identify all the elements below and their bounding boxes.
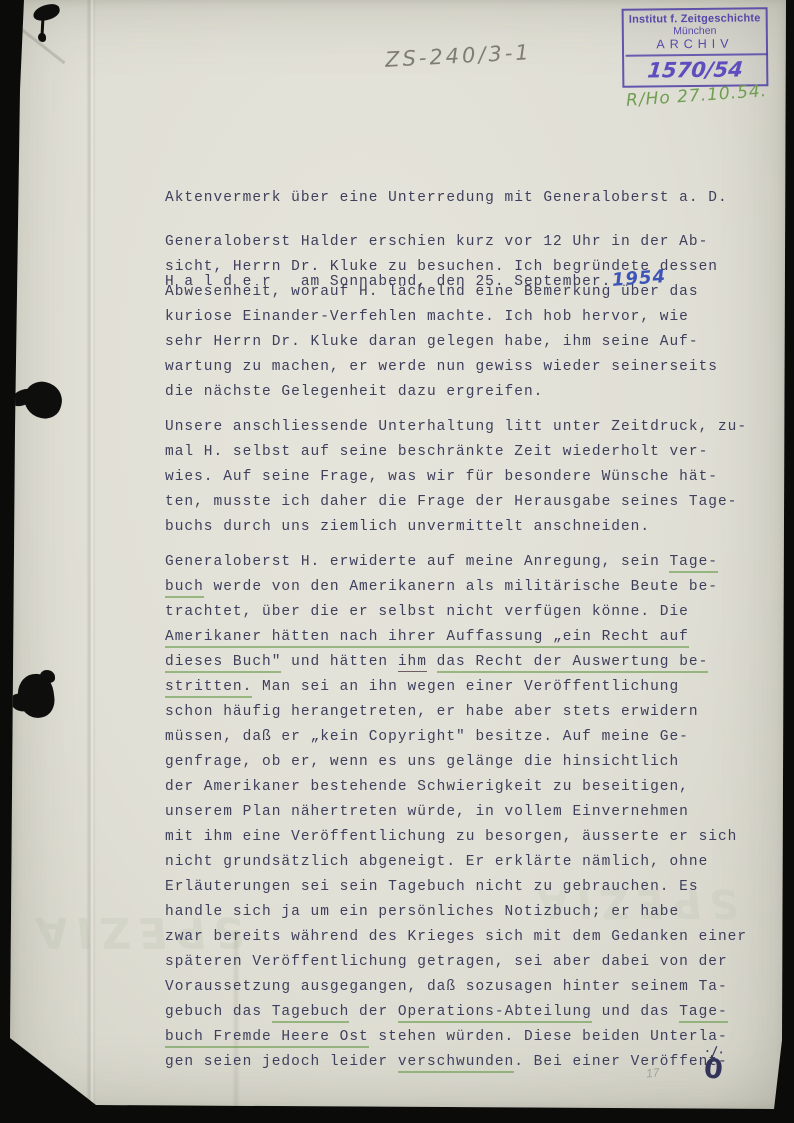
text-segment: gen seien jedoch leider [165, 1054, 398, 1070]
text-segment: Man sei an ihn wegen einer Veröffentlich… [252, 679, 679, 695]
text-line: dieses Buch" und hätten ihm das Recht de… [165, 650, 765, 675]
text-segment: mal H. selbst auf seine beschränkte Zeit… [165, 444, 708, 460]
scanned-document-page: { "colors": { "paper": "#e0dfd5", "typew… [0, 0, 794, 1123]
text-segment: Generaloberst Halder erschien kurz vor 1… [165, 234, 708, 250]
text-line: schon häufig herangetreten, er habe aber… [165, 700, 765, 725]
underlined-text-segment: Tagebuch [272, 1004, 350, 1023]
text-line: Abwesenheit, worauf H. lächelnd eine Bem… [165, 280, 765, 305]
pencil-shelfmark: ZS-240/3-1 [384, 40, 532, 72]
title-line-1: Aktenvermerk über eine Unterredung mit G… [165, 185, 728, 212]
ink-blot-left-lower-dot [40, 670, 55, 683]
text-segment: kuriose Einander-Verfehlen machte. Ich h… [165, 309, 689, 325]
text-segment: stehen würden. Diese beiden Unterla- [369, 1029, 728, 1045]
text-line: genfrage, ob er, wenn es uns gelänge die… [165, 750, 765, 775]
text-segment: und hätten [281, 654, 397, 670]
text-segment [427, 654, 437, 670]
text-segment: müssen, daß er „kein Copyright" besitze.… [165, 729, 689, 745]
text-segment: ten, musste ich daher die Frage der Hera… [165, 494, 737, 510]
text-line: gen seien jedoch leider verschwunden. Be… [165, 1050, 765, 1075]
text-line: müssen, daß er „kein Copyright" besitze.… [165, 725, 765, 750]
text-segment: buchs durch uns ziemlich unvermittelt an… [165, 519, 650, 535]
text-line: sicht, Herrn Dr. Kluke zu besuchen. Ich … [165, 255, 765, 280]
text-line: Generaloberst Halder erschien kurz vor 1… [165, 230, 765, 255]
text-segment: genfrage, ob er, wenn es uns gelänge die… [165, 754, 679, 770]
text-line: nicht grundsätzlich abgeneigt. Er erklär… [165, 850, 765, 875]
paragraph: Unsere anschliessende Unterhaltung litt … [165, 415, 765, 540]
stamp-archiv-label: ARCHIV [624, 36, 766, 54]
text-line: wies. Auf seine Frage, was wir für beson… [165, 465, 765, 490]
text-line: Voraussetzung ausgegangen, daß sozusagen… [165, 975, 765, 1000]
text-segment: mit ihm eine Veröffentlichung zu besorge… [165, 829, 737, 845]
stamp-accession-number: 1570/54 [623, 53, 768, 86]
text-segment: späteren Veröffentlichung getragen, sei … [165, 954, 728, 970]
underlined-text-segment: buch Fremde Heere Ost [165, 1029, 369, 1048]
text-segment: Erläuterungen sei sein Tagebuch nicht zu… [165, 879, 699, 895]
underlined-text-segment: das Recht der Auswertung be- [437, 654, 709, 673]
underlined-text-segment: buch [165, 579, 204, 598]
body-text: Generaloberst Halder erschien kurz vor 1… [165, 230, 765, 1085]
text-line: trachtet, über die er selbst nicht verfü… [165, 600, 765, 625]
text-line: späteren Veröffentlichung getragen, sei … [165, 950, 765, 975]
text-line: stritten. Man sei an ihn wegen einer Ver… [165, 675, 765, 700]
text-line: kuriose Einander-Verfehlen machte. Ich h… [165, 305, 765, 330]
text-line: mit ihm eine Veröffentlichung zu besorge… [165, 825, 765, 850]
text-line: ten, musste ich daher die Frage der Hera… [165, 490, 765, 515]
text-segment: schon häufig herangetreten, er habe aber… [165, 704, 699, 720]
text-segment: Generaloberst H. erwiderte auf meine Anr… [165, 554, 669, 570]
text-line: Erläuterungen sei sein Tagebuch nicht zu… [165, 875, 765, 900]
text-line: wartung zu machen, er werde nun gewiss w… [165, 355, 765, 380]
text-segment: wies. Auf seine Frage, was wir für beson… [165, 469, 718, 485]
text-segment: zwar bereits während des Krieges sich mi… [165, 929, 747, 945]
text-line: unserem Plan nähertreten würde, in volle… [165, 800, 765, 825]
text-line: mal H. selbst auf seine beschränkte Zeit… [165, 440, 765, 465]
text-segment: trachtet, über die er selbst nicht verfü… [165, 604, 689, 620]
text-line: die nächste Gelegenheit dazu ergreifen. [165, 380, 765, 405]
footer-pencil-mark: 17 [645, 1065, 660, 1080]
underlined-text-segment: Tage- [669, 554, 718, 573]
paragraph: Generaloberst Halder erschien kurz vor 1… [165, 230, 765, 405]
underlined-text-segment: stritten. [165, 679, 252, 698]
ink-blot-top-dot [38, 33, 46, 42]
underlined-text-segment: verschwunden [398, 1054, 514, 1073]
text-segment: wartung zu machen, er werde nun gewiss w… [165, 359, 718, 375]
text-line: der Amerikaner bestehende Schwierigkeit … [165, 775, 765, 800]
paper-sheet: SPEZIA SPEZIA ZS-240/3-1 Institut f. Zei… [10, 0, 786, 1109]
underlined-text-segment: dieses Buch" [165, 654, 281, 673]
text-segment: Voraussetzung ausgegangen, daß sozusagen… [165, 979, 728, 995]
text-line: buch Fremde Heere Ost stehen würden. Die… [165, 1025, 765, 1050]
text-segment: die nächste Gelegenheit dazu ergreifen. [165, 384, 543, 400]
text-line: handle sich ja um ein persönliches Notiz… [165, 900, 765, 925]
ink-blot-top [32, 2, 62, 22]
corner-crease [8, 19, 65, 64]
underlined-text-segment: Tage- [679, 1004, 728, 1023]
text-line: gebuch das Tagebuch der Operations-Abtei… [165, 1000, 765, 1025]
text-segment: sicht, Herrn Dr. Kluke zu besuchen. Ich … [165, 259, 718, 275]
text-segment: der Amerikaner bestehende Schwierigkeit … [165, 779, 689, 795]
text-line: buch werde von den Amerikanern als milit… [165, 575, 765, 600]
text-line: Amerikaner hätten nach ihrer Auffassung … [165, 625, 765, 650]
text-segment: unserem Plan nähertreten würde, in volle… [165, 804, 689, 820]
underlined-text-segment: Amerikaner hätten nach ihrer Auffassung … [165, 629, 689, 648]
text-segment: Abwesenheit, worauf H. lächelnd eine Bem… [165, 284, 699, 300]
text-segment: der [349, 1004, 398, 1020]
text-segment: sehr Herrn Dr. Kluke daran gelegen habe,… [165, 334, 699, 350]
text-line: zwar bereits während des Krieges sich mi… [165, 925, 765, 950]
text-line: buchs durch uns ziemlich unvermittelt an… [165, 515, 765, 540]
underlined-text-segment: ihm [398, 654, 427, 672]
text-segment: nicht grundsätzlich abgeneigt. Er erklär… [165, 854, 708, 870]
footer-ink-mark: ·/· 0 [680, 1043, 747, 1085]
text-line: sehr Herrn Dr. Kluke daran gelegen habe,… [165, 330, 765, 355]
text-segment: und das [592, 1004, 679, 1020]
text-segment: werde von den Amerikanern als militärisc… [204, 579, 718, 595]
text-line: Generaloberst H. erwiderte auf meine Anr… [165, 550, 765, 575]
text-segment: handle sich ja um ein persönliches Notiz… [165, 904, 679, 920]
text-segment: Unsere anschliessende Unterhaltung litt … [165, 419, 747, 435]
stamp-institution: Institut f. Zeitgeschichte [624, 9, 766, 25]
underlined-text-segment: Operations-Abteilung [398, 1004, 592, 1023]
paragraph: Generaloberst H. erwiderte auf meine Anr… [165, 550, 765, 1075]
text-line: Unsere anschliessende Unterhaltung litt … [165, 415, 765, 440]
text-segment: gebuch das [165, 1004, 272, 1020]
archive-stamp: Institut f. Zeitgeschichte München ARCHI… [622, 7, 769, 88]
